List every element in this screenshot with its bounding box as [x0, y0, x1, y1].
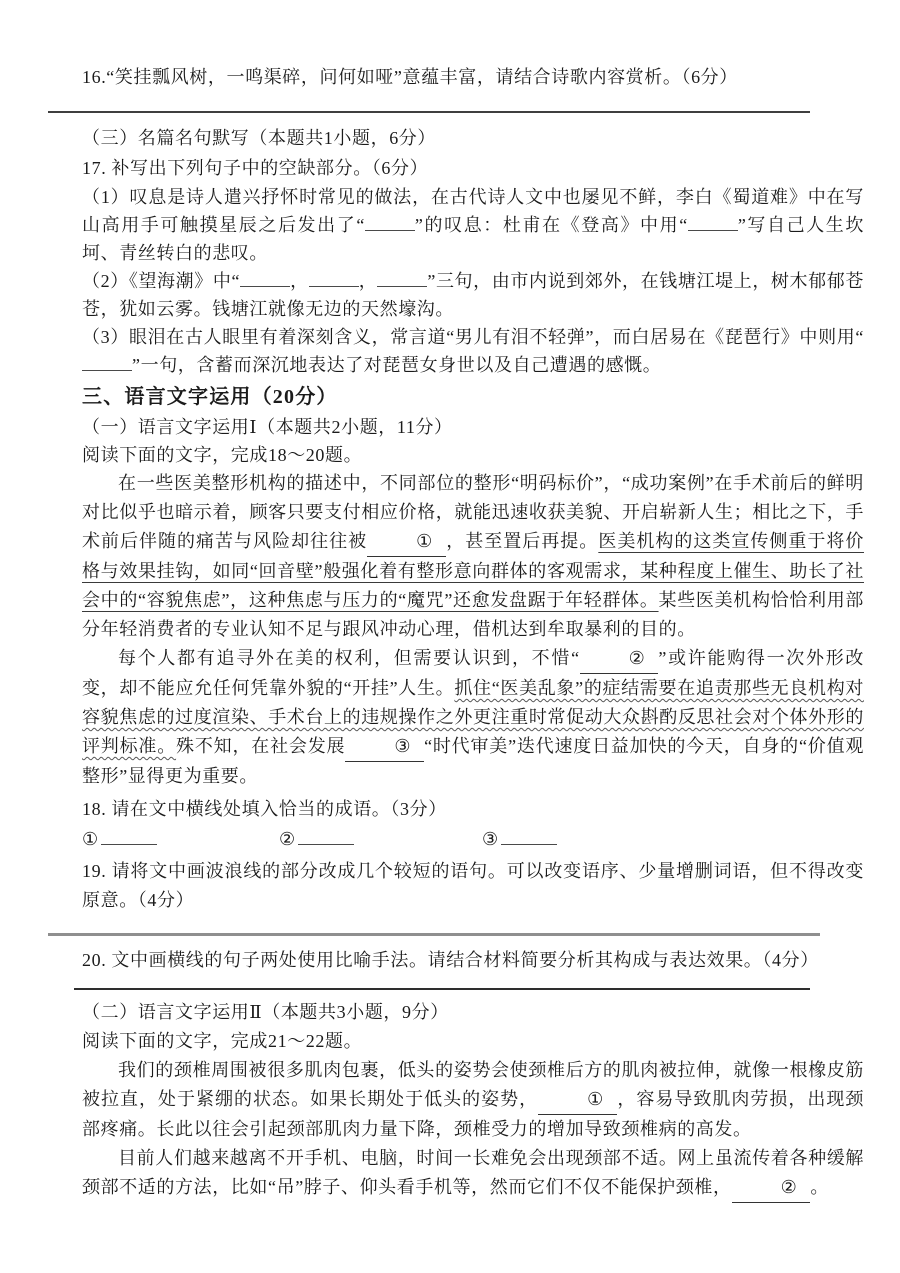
- item-3-text-b: ”一句，含蓄而深沉地表达了对琵琶女身世以及自己遭遇的感慨。: [132, 355, 661, 375]
- circled-1: ①: [82, 829, 99, 849]
- circled-3: ③: [482, 829, 499, 849]
- fill-blank-line: [365, 213, 415, 231]
- p1-text-b: ，甚至置后再提。: [446, 531, 598, 551]
- circled-2: ②: [279, 829, 296, 849]
- part-1-intro: 阅读下面的文字，完成18～20题。: [82, 441, 864, 469]
- answer-blank-1: ①: [82, 825, 157, 853]
- question-16: 16.“笑挂瓢风树，一鸣渠碎，问何如哑”意蕴丰富，请结合诗歌内容赏析。（6分）: [82, 62, 864, 92]
- fill-blank-line: [101, 827, 157, 845]
- fill-blank-line: [309, 269, 359, 287]
- passage-2-paragraph-2: 目前人们越来越离不开手机、电脑，时间一长难免会出现颈部不适。网上虽流传着各种缓解…: [82, 1144, 864, 1203]
- inline-blank-2: ②: [732, 1173, 811, 1203]
- fill-blank-line: [501, 827, 557, 845]
- answer-blank-2: ②: [279, 825, 354, 853]
- passage-1-paragraph-1: 在一些医美整形机构的描述中，不同部位的整形“明码标价”，“成功案例”在手术前后的…: [82, 469, 864, 644]
- section-3-header: （三）名篇名句默写（本题共1小题，6分）: [82, 123, 864, 153]
- question-17-item-1: （1）叹息是诗人遣兴抒怀时常见的做法，在古代诗人文中也屡见不鲜，李白《蜀道难》中…: [82, 183, 864, 267]
- fill-blank-line: [377, 269, 427, 287]
- section-divider-top: [48, 111, 810, 113]
- answer-space-divider-2: [74, 988, 810, 990]
- passage-2-paragraph-1: 我们的颈椎周围被很多肌肉包裹，低头的姿势会使颈椎后方的肌肉被拉伸，就像一根橡皮筋…: [82, 1056, 864, 1144]
- section-three-title: 三、语言文字运用（20分）: [82, 381, 864, 413]
- question-20-stem: 20. 文中画横线的句子两处使用比喻手法。请结合材料简要分析其构成与表达效果。（…: [82, 945, 864, 975]
- part-1-header: （一）语言文字运用Ⅰ（本题共2小题，11分）: [82, 413, 864, 441]
- question-17-item-3: （3）眼泪在古人眼里有着深刻含义，常言道“男儿有泪不轻弹”，而白居易在《琵琶行》…: [82, 323, 864, 379]
- question-17-stem: 17. 补写出下列句子中的空缺部分。（6分）: [82, 153, 864, 183]
- fill-blank-line: [240, 269, 290, 287]
- passage-1-paragraph-2: 每个人都有追寻外在美的权利，但需要认识到，不惜“②”或许能购得一次外形改变，却不…: [82, 644, 864, 791]
- p4-text-b: 。: [810, 1177, 829, 1197]
- part-2-intro: 阅读下面的文字，完成21～22题。: [82, 1027, 864, 1056]
- item-1-text-b: ”的叹息：杜甫在《登高》中用“: [415, 215, 688, 235]
- part-2-header: （二）语言文字运用Ⅱ（本题共3小题，9分）: [82, 998, 864, 1027]
- question-19-stem: 19. 请将文中画波浪线的部分改成几个较短的语句。可以改变语序、少量增删词语，但…: [82, 857, 864, 915]
- fill-blank-line: [688, 213, 738, 231]
- fill-blank-line: [82, 353, 132, 371]
- question-18-stem: 18. 请在文中横线处填入恰当的成语。（3分）: [82, 795, 864, 823]
- p2-text-c: 殊不知，在社会发展: [176, 736, 345, 756]
- p2-text-a: 每个人都有追寻外在美的权利，但需要认识到，不惜“: [118, 648, 580, 668]
- inline-blank-2: ②: [580, 644, 659, 674]
- inline-blank-1: ①: [538, 1085, 617, 1115]
- question-17-item-2: （2）《望海潮》中“，，”三句，由市内说到郊外，在钱塘江堤上，树木郁郁苍苍，犹如…: [82, 267, 864, 323]
- answer-blank-3: ③: [482, 825, 557, 853]
- question-18-answer-row: ① ② ③: [82, 825, 864, 855]
- item-2-comma: ，: [290, 271, 309, 291]
- inline-blank-1: ①: [367, 527, 446, 557]
- fill-blank-line: [298, 827, 354, 845]
- item-3-text-a: （3）眼泪在古人眼里有着深刻含义，常言道“男儿有泪不轻弹”，而白居易在《琵琶行》…: [82, 327, 864, 347]
- item-2-comma: ，: [359, 271, 378, 291]
- inline-blank-3: ③: [345, 732, 424, 762]
- exam-paper-page: 16.“笑挂瓢风树，一鸣渠碎，问何如哑”意蕴丰富，请结合诗歌内容赏析。（6分） …: [0, 0, 900, 1273]
- answer-space-divider-1: [48, 933, 820, 936]
- item-2-text-a: （2）《望海潮》中“: [82, 271, 240, 291]
